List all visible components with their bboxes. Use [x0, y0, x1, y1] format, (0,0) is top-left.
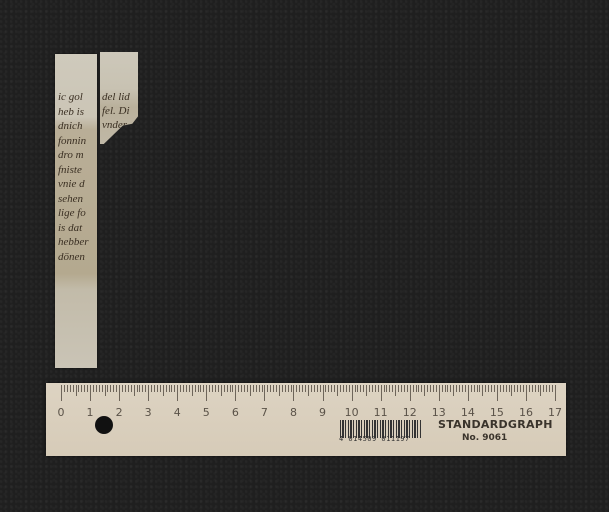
ruler-tick — [157, 385, 158, 392]
ruler-tick — [232, 385, 233, 392]
ruler-tick — [482, 385, 483, 396]
ruler-tick — [198, 385, 199, 392]
ruler-tick — [244, 385, 245, 392]
ruler-tick — [296, 385, 297, 392]
ruler-tick — [142, 385, 143, 392]
ruler-tick — [177, 385, 178, 401]
ruler-tick — [555, 385, 556, 401]
ruler-number: 0 — [58, 406, 65, 419]
text-line: fonnin — [58, 134, 98, 149]
ruler-tick — [128, 385, 129, 392]
ruler-tick — [407, 385, 408, 392]
ruler-tick — [465, 385, 466, 392]
ruler: 01234567891011121314151617 4 014509 0111… — [46, 383, 566, 456]
ruler-tick — [506, 385, 507, 392]
ruler-tick — [314, 385, 315, 392]
ruler-tick — [311, 385, 312, 392]
ruler-tick — [535, 385, 536, 392]
ruler-tick — [494, 385, 495, 392]
ruler-tick — [276, 385, 277, 392]
ruler-tick — [125, 385, 126, 392]
fragment-left-text: ic gol heb is dnich fonnin dro m fniste … — [58, 90, 98, 264]
text-line: sehen — [58, 192, 98, 207]
text-line: dnich — [58, 119, 98, 134]
ruler-tick — [418, 385, 419, 392]
ruler-tick — [340, 385, 341, 392]
ruler-tick — [81, 385, 82, 392]
photograph: ic gol heb is dnich fonnin dro m fniste … — [0, 0, 609, 512]
ruler-tick — [151, 385, 152, 392]
ruler-tick — [369, 385, 370, 392]
ruler-tick — [503, 385, 504, 392]
ruler-tick — [163, 385, 164, 396]
ruler-tick — [445, 385, 446, 392]
ruler-tick — [180, 385, 181, 392]
ruler-tick — [264, 385, 265, 401]
ruler-tick — [456, 385, 457, 392]
ruler-tick — [107, 385, 108, 392]
ruler-tick — [436, 385, 437, 392]
ruler-tick — [357, 385, 358, 392]
ruler-tick — [468, 385, 469, 401]
ruler-tick — [119, 385, 120, 401]
ruler-tick — [520, 385, 521, 392]
text-line: hebber — [58, 235, 98, 250]
ruler-tick — [500, 385, 501, 392]
ruler-ticks: 01234567891011121314151617 — [61, 385, 555, 405]
ruler-tick — [110, 385, 111, 392]
ruler-tick — [291, 385, 292, 392]
ruler-tick — [139, 385, 140, 392]
text-line: vnie d — [58, 177, 98, 192]
ruler-tick — [262, 385, 263, 392]
ruler-tick — [84, 385, 85, 392]
ruler-tick — [395, 385, 396, 396]
ruler-tick — [328, 385, 329, 392]
ruler-tick — [453, 385, 454, 396]
ruler-tick — [183, 385, 184, 392]
ruler-tick — [87, 385, 88, 392]
ruler-tick — [160, 385, 161, 392]
ruler-tick — [302, 385, 303, 392]
ruler-tick — [491, 385, 492, 392]
ruler-tick — [433, 385, 434, 392]
ruler-tick — [256, 385, 257, 392]
ruler-tick — [166, 385, 167, 392]
ruler-tick — [514, 385, 515, 392]
ruler-tick — [67, 385, 68, 392]
ruler-tick — [424, 385, 425, 396]
ruler-tick — [517, 385, 518, 392]
ruler-tick — [346, 385, 347, 392]
text-line: is dat — [58, 221, 98, 236]
ruler-tick — [224, 385, 225, 392]
ruler-tick — [381, 385, 382, 401]
ruler-tick — [250, 385, 251, 396]
ruler-tick — [171, 385, 172, 392]
ruler-tick — [529, 385, 530, 392]
ruler-tick — [230, 385, 231, 392]
ruler-tick — [137, 385, 138, 392]
ruler-tick — [279, 385, 280, 396]
ruler-tick — [320, 385, 321, 392]
ruler-tick — [410, 385, 411, 401]
ruler-tick — [209, 385, 210, 392]
ruler-tick — [206, 385, 207, 401]
manuscript-fragment-left: ic gol heb is dnich fonnin dro m fniste … — [55, 54, 97, 368]
ruler-tick — [305, 385, 306, 392]
text-line: dro m — [58, 148, 98, 163]
ruler-tick — [102, 385, 103, 392]
ruler-tick — [317, 385, 318, 392]
ruler-tick — [241, 385, 242, 392]
ruler-tick — [122, 385, 123, 392]
ruler-number: 2 — [116, 406, 123, 419]
text-line: vnder — [102, 118, 138, 132]
ruler-tick — [509, 385, 510, 392]
ruler-tick — [247, 385, 248, 392]
ruler-number: 8 — [290, 406, 297, 419]
ruler-tick — [203, 385, 204, 392]
ruler-tick — [479, 385, 480, 392]
ruler-tick — [343, 385, 344, 392]
ruler-tick — [99, 385, 100, 392]
ruler-tick — [543, 385, 544, 392]
ruler-tick — [331, 385, 332, 392]
ruler-number: 9 — [319, 406, 326, 419]
ruler-tick — [154, 385, 155, 392]
ruler-tick — [195, 385, 196, 392]
ruler-tick — [366, 385, 367, 396]
ruler-tick — [439, 385, 440, 401]
ruler-tick — [427, 385, 428, 392]
ruler-tick — [375, 385, 376, 392]
ruler-tick — [360, 385, 361, 392]
ruler-tick — [471, 385, 472, 392]
ruler-tick — [96, 385, 97, 392]
ruler-tick — [253, 385, 254, 392]
ruler-tick — [285, 385, 286, 392]
ruler-tick — [148, 385, 149, 401]
barcode-number: 4 014509 011197 — [339, 435, 410, 443]
ruler-tick — [430, 385, 431, 392]
text-line: ic gol — [58, 90, 98, 105]
ruler-tick — [546, 385, 547, 392]
ruler-tick — [192, 385, 193, 396]
ruler-tick — [76, 385, 77, 396]
ruler-tick — [174, 385, 175, 392]
ruler-number: 5 — [203, 406, 210, 419]
ruler-tick — [70, 385, 71, 392]
ruler-tick — [288, 385, 289, 392]
ruler-number: 3 — [145, 406, 152, 419]
ruler-tick — [540, 385, 541, 396]
ruler-tick — [227, 385, 228, 392]
ruler-tick — [523, 385, 524, 392]
ruler-model: No. 9061 — [462, 433, 507, 443]
ruler-tick — [352, 385, 353, 401]
ruler-tick — [462, 385, 463, 392]
ruler-tick — [532, 385, 533, 392]
text-line: lige fo — [58, 206, 98, 221]
ruler-tick — [459, 385, 460, 392]
ruler-tick — [259, 385, 260, 392]
ruler-tick — [90, 385, 91, 401]
ruler-tick — [421, 385, 422, 392]
ruler-tick — [116, 385, 117, 392]
ruler-tick — [78, 385, 79, 392]
text-line: dönen — [58, 250, 98, 265]
ruler-number: 10 — [345, 406, 359, 419]
ruler-tick — [221, 385, 222, 396]
ruler-tick — [235, 385, 236, 401]
fragment-right-text: del lid fel. Di vnder — [102, 90, 138, 132]
ruler-tick — [355, 385, 356, 392]
ruler-tick — [169, 385, 170, 392]
ruler-tick — [131, 385, 132, 392]
ruler-tick — [325, 385, 326, 392]
ruler-number: 12 — [403, 406, 417, 419]
ruler-number: 4 — [174, 406, 181, 419]
ruler-tick — [238, 385, 239, 392]
ruler-tick — [93, 385, 94, 392]
ruler-tick — [215, 385, 216, 392]
ruler-tick — [308, 385, 309, 396]
ruler-tick — [212, 385, 213, 392]
ruler-tick — [392, 385, 393, 392]
ruler-number: 1 — [87, 406, 94, 419]
ruler-tick — [293, 385, 294, 401]
ruler-tick — [442, 385, 443, 392]
ruler-tick — [488, 385, 489, 392]
ruler-tick — [105, 385, 106, 396]
ruler-tick — [73, 385, 74, 392]
ruler-tick — [497, 385, 498, 401]
ruler-tick — [538, 385, 539, 392]
ruler-tick — [389, 385, 390, 392]
ruler-tick — [447, 385, 448, 392]
text-line: fel. Di — [102, 104, 138, 118]
ruler-tick — [218, 385, 219, 392]
ruler-tick — [267, 385, 268, 392]
ruler-tick — [61, 385, 62, 401]
ruler-tick — [186, 385, 187, 392]
text-line: heb is — [58, 105, 98, 120]
ruler-number: 6 — [232, 406, 239, 419]
ruler-hole — [95, 416, 113, 434]
ruler-tick — [386, 385, 387, 392]
ruler-number: 7 — [261, 406, 268, 419]
ruler-tick — [398, 385, 399, 392]
ruler-tick — [384, 385, 385, 392]
ruler-tick — [200, 385, 201, 392]
text-line: del lid — [102, 90, 138, 104]
ruler-tick — [363, 385, 364, 392]
ruler-tick — [511, 385, 512, 396]
ruler-tick — [413, 385, 414, 392]
ruler-tick — [477, 385, 478, 392]
ruler-tick — [337, 385, 338, 396]
ruler-tick — [189, 385, 190, 392]
ruler-tick — [134, 385, 135, 396]
ruler-tick — [474, 385, 475, 392]
ruler-tick — [372, 385, 373, 392]
ruler-tick — [416, 385, 417, 392]
ruler-tick — [401, 385, 402, 392]
ruler-tick — [113, 385, 114, 392]
ruler-tick — [299, 385, 300, 392]
ruler-tick — [552, 385, 553, 392]
text-line: fniste — [58, 163, 98, 178]
ruler-brand: STANDARDGRAPH — [438, 418, 553, 431]
ruler-tick — [450, 385, 451, 392]
ruler-tick — [282, 385, 283, 392]
ruler-tick — [64, 385, 65, 392]
ruler-tick — [485, 385, 486, 392]
ruler-tick — [549, 385, 550, 392]
ruler-tick — [526, 385, 527, 401]
ruler-tick — [404, 385, 405, 392]
ruler-tick — [323, 385, 324, 401]
ruler-tick — [145, 385, 146, 392]
ruler-number: 11 — [374, 406, 388, 419]
ruler-tick — [270, 385, 271, 392]
ruler-tick — [273, 385, 274, 392]
ruler-tick — [334, 385, 335, 392]
manuscript-fragment-right: del lid fel. Di vnder — [100, 52, 138, 144]
ruler-tick — [378, 385, 379, 392]
ruler-tick — [349, 385, 350, 392]
